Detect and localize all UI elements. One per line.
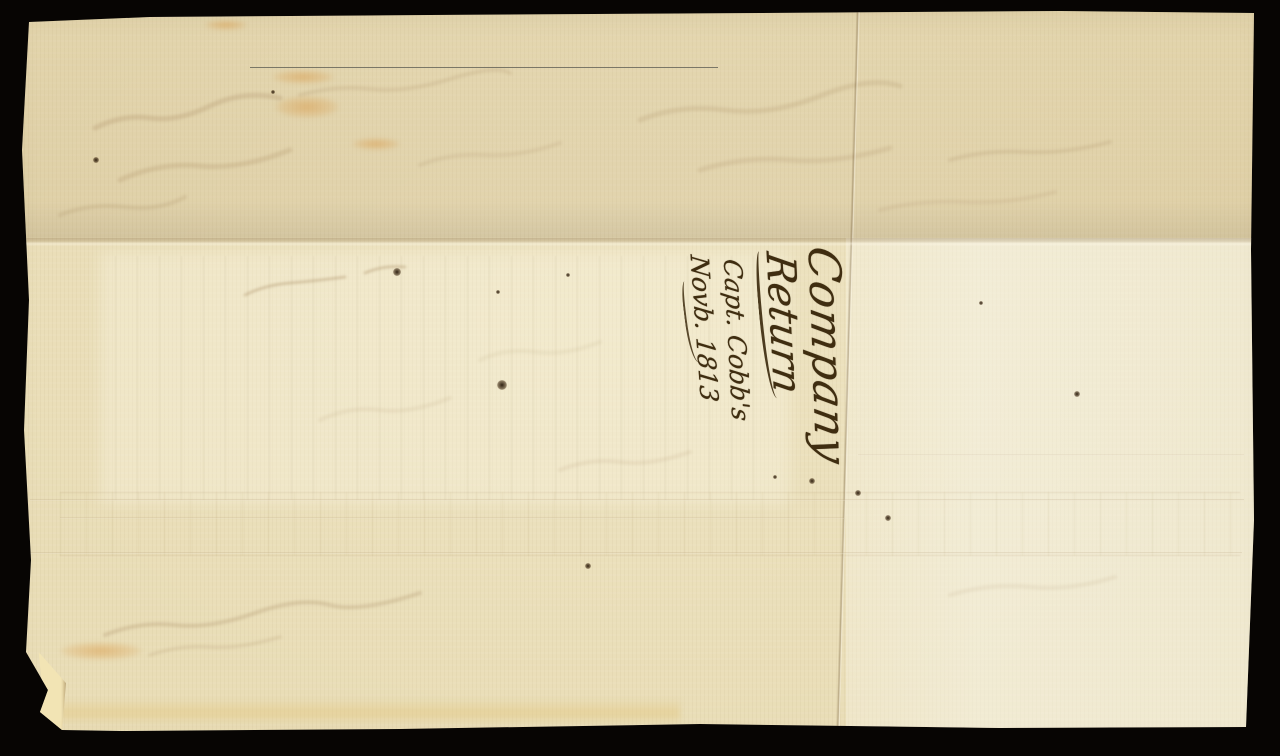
folded-letter-back-sheet: Company Return Capt. Cobb's Novb. 1813: [0, 0, 1280, 756]
paper-edge-shading: [0, 0, 1280, 756]
scanned-document-stage: Company Return Capt. Cobb's Novb. 1813: [0, 0, 1280, 756]
